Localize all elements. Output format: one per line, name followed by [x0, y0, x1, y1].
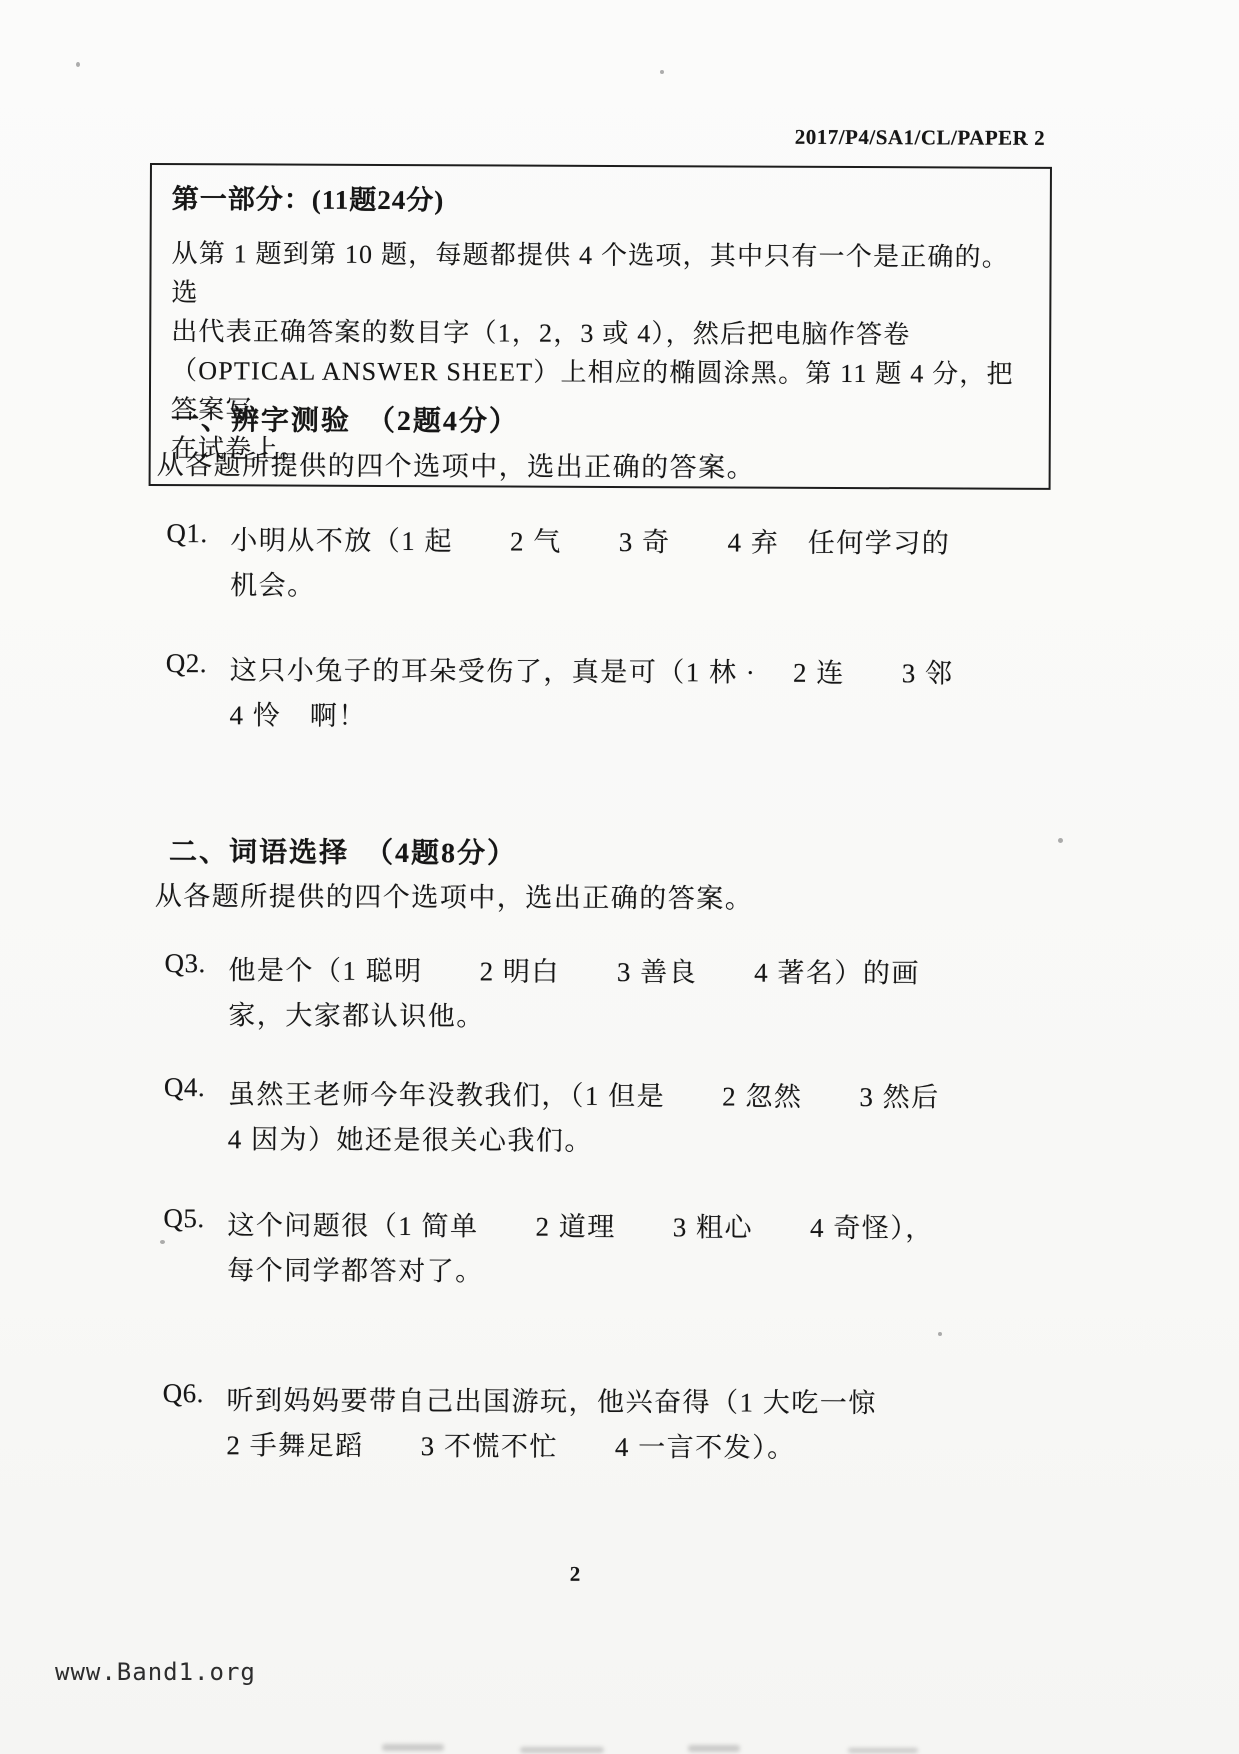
question-line: 这个问题很（1 简单 2 道理 3 粗心 4 奇怪）， — [227, 1203, 934, 1251]
question-line: 4 因为）她还是很关心我们。 — [228, 1117, 940, 1165]
question-label: Q5. — [163, 1203, 227, 1234]
question-line: 小明从不放（1 起 2 气 3 奇 4 弃 任何学习的 — [230, 518, 950, 566]
part-one-title: 第一部分：(11题24分) — [172, 177, 1030, 220]
question-line: 机会。 — [230, 563, 950, 611]
question-label: Q6. — [163, 1378, 227, 1409]
section-2-instruction: 从各题所提供的四个选项中，选出正确的答案。 — [155, 874, 754, 916]
scan-smudge — [848, 1748, 918, 1753]
question-q3: Q3. 他是个（1 聪明 2 明白 3 善良 4 著名）的画 家，大家都认识他。 — [164, 948, 920, 1041]
section-2-heading: 二、词语选择 （4题8分） — [169, 830, 517, 872]
question-line: 2 手舞足蹈 3 不慌不忙 4 一言不发）。 — [226, 1423, 876, 1471]
instruction-line: 从第 1 题到第 10 题，每题都提供 4 个选项，其中只有一个是正确的。选 — [171, 234, 1029, 316]
question-label: Q4. — [164, 1072, 228, 1103]
scanned-content: 2017/P4/SA1/CL/PAPER 2 第一部分：(11题24分) 从第 … — [0, 0, 1239, 1754]
scan-smudge — [688, 1745, 740, 1752]
question-line: 家，大家都认识他。 — [228, 993, 920, 1041]
question-q4: Q4. 虽然王老师今年没教我们，（1 但是 2 忽然 3 然后 4 因为）她还是… — [164, 1072, 940, 1165]
question-line: 他是个（1 聪明 2 明白 3 善良 4 著名）的画 — [228, 948, 920, 996]
question-line: 4 怜 啊！ — [229, 693, 953, 741]
watermark: www.Band1.org — [55, 1658, 256, 1686]
scan-smudge — [520, 1747, 604, 1753]
page-number: 2 — [570, 1562, 581, 1587]
question-label: Q2. — [166, 648, 230, 679]
part-one-instructions-box: 第一部分：(11题24分) 从第 1 题到第 10 题，每题都提供 4 个选项，… — [149, 163, 1052, 490]
question-q2: Q2. 这只小兔子的耳朵受伤了，真是可（1 林 · 2 连 3 邻 4 怜 啊！ — [165, 648, 953, 741]
section-1-heading: 一、辨字测验 （2题4分） — [171, 398, 519, 440]
scan-smudge — [382, 1744, 444, 1751]
question-line: 这只小兔子的耳朵受伤了，真是可（1 林 · 2 连 3 邻 — [230, 648, 954, 696]
question-line: 每个同学都答对了。 — [227, 1248, 934, 1296]
instruction-line: 出代表正确答案的数目字（1，2，3 或 4），然后把电脑作答卷 — [171, 312, 1029, 355]
scan-speck — [938, 1332, 942, 1336]
question-q5: Q5. 这个问题很（1 简单 2 道理 3 粗心 4 奇怪）， 每个同学都答对了… — [163, 1203, 934, 1296]
question-label: Q3. — [164, 948, 228, 979]
question-q1: Q1. 小明从不放（1 起 2 气 3 奇 4 弃 任何学习的 机会。 — [166, 518, 950, 611]
paper-reference: 2017/P4/SA1/CL/PAPER 2 — [0, 121, 1045, 151]
exam-paper-page: 2017/P4/SA1/CL/PAPER 2 第一部分：(11题24分) 从第 … — [0, 0, 1239, 1754]
question-label: Q1. — [166, 518, 230, 549]
scan-speck — [76, 62, 80, 67]
scan-speck — [660, 70, 664, 74]
question-line: 听到妈妈要带自己出国游玩，他兴奋得（1 大吃一惊 — [226, 1378, 876, 1426]
scan-speck — [1058, 838, 1063, 843]
scan-speck — [160, 1240, 165, 1244]
section-1-instruction: 从各题所提供的四个选项中，选出正确的答案。 — [157, 443, 756, 485]
question-line: 虽然王老师今年没教我们，（1 但是 2 忽然 3 然后 — [228, 1072, 940, 1120]
question-q6: Q6. 听到妈妈要带自己出国游玩，他兴奋得（1 大吃一惊 2 手舞足蹈 3 不慌… — [162, 1378, 877, 1471]
